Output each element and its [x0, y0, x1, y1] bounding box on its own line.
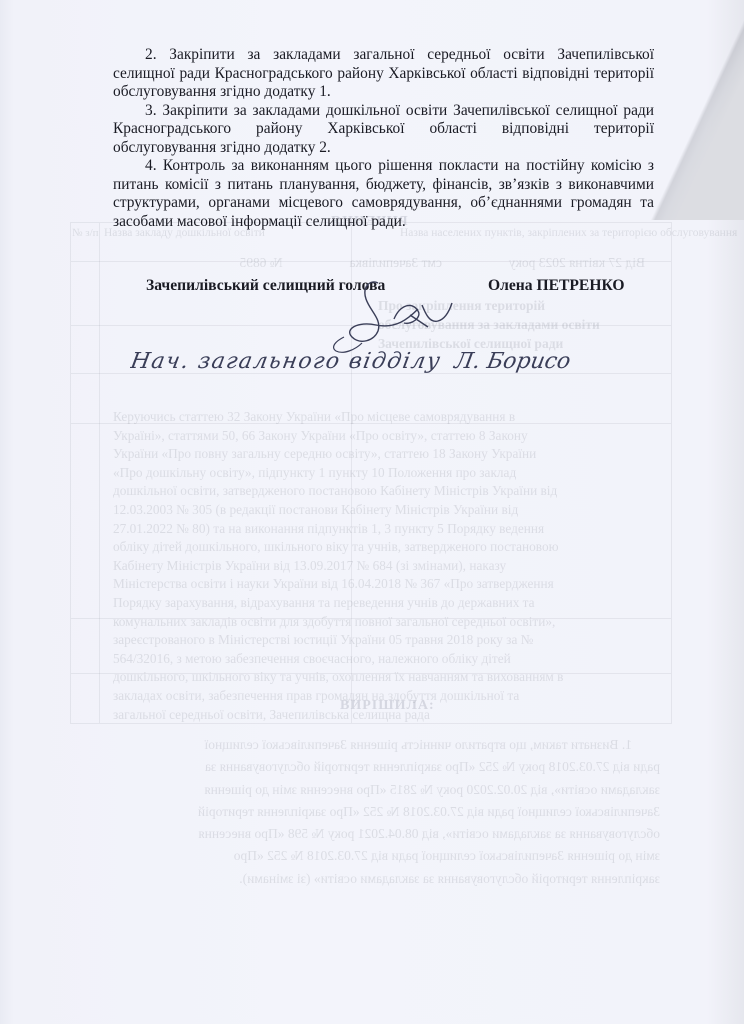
handwritten-signer: Л. Борисова — [452, 348, 570, 374]
signer-name: Олена ПЕТРЕНКО — [488, 277, 625, 295]
paragraph-4: 4. Контроль за виконанням цього рішення … — [113, 157, 654, 231]
bleed-through-table — [70, 222, 672, 724]
scanned-page: РІШЕННЯ Від 27 квітня 2023 року смт Заче… — [0, 0, 744, 1024]
signer-title: Зачепилівський селищний голова — [146, 277, 385, 295]
paragraph-2: 2. Закріпити за закладами загальної сере… — [113, 46, 654, 102]
handwritten-note: Нач. загального відділу Л. Борисова — [130, 332, 570, 382]
document-body: 2. Закріпити за закладами загальної сере… — [113, 12, 654, 231]
paragraph-3: 3. Закріпити за закладами дошкільної осв… — [113, 102, 654, 158]
bleed-heading-mid: ВИРІШИЛА: — [340, 698, 435, 714]
handwritten-note-text: Нач. загального відділу — [130, 348, 443, 374]
bleed-resolution: 1. Визнати таким, що втратило чинність р… — [105, 734, 660, 890]
